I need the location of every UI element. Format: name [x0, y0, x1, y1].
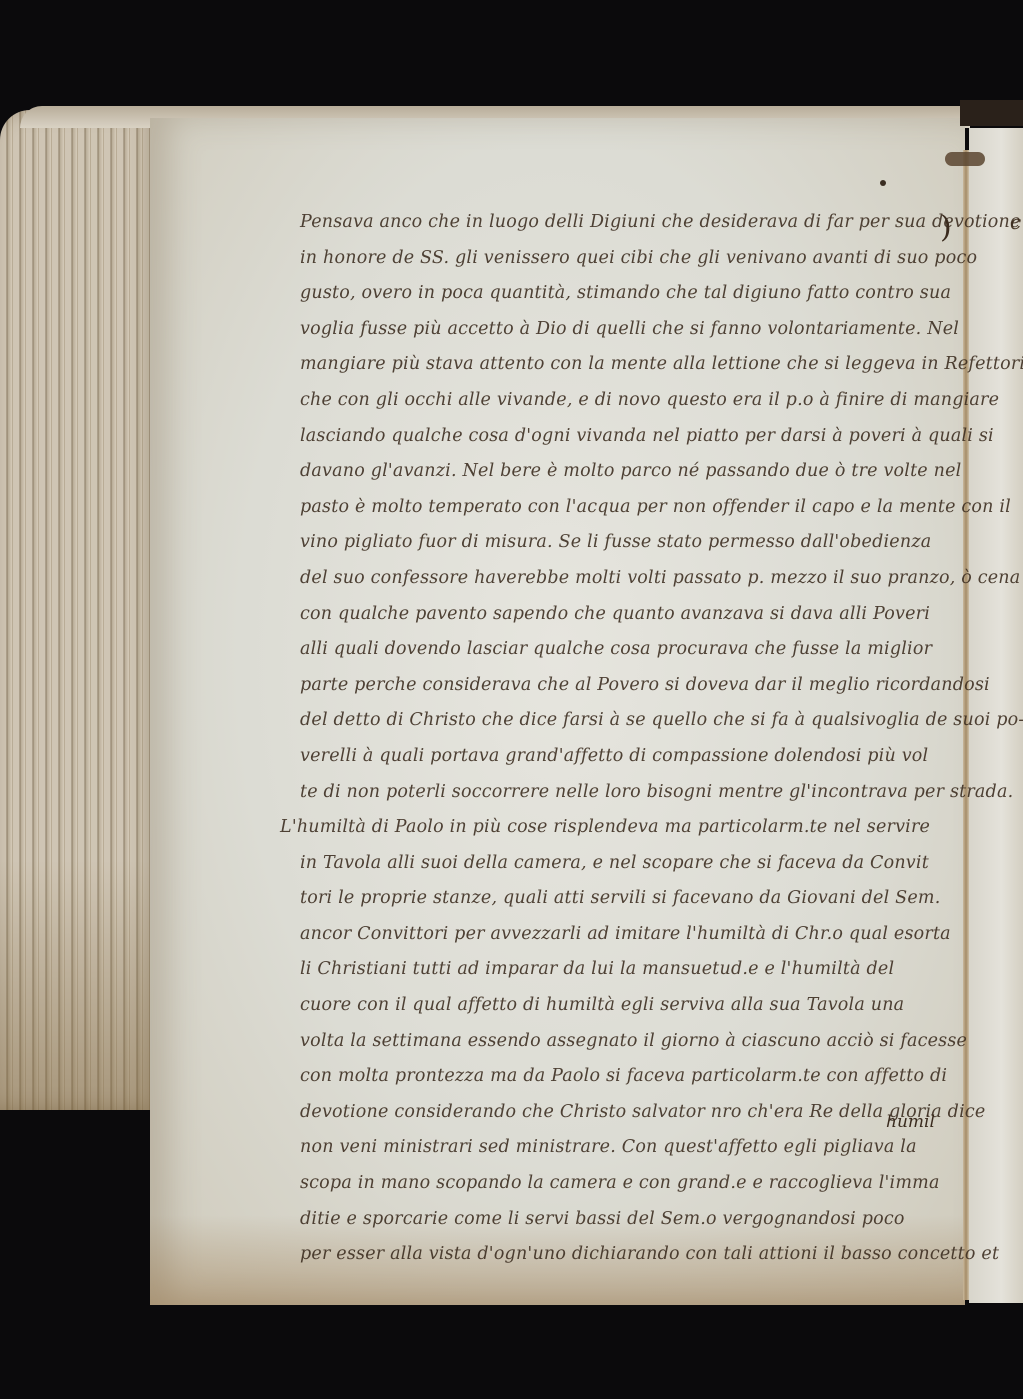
text-line: ditie e sporcarie come li servi bassi de…	[300, 1202, 960, 1238]
text-line: con qualche pavento sapendo che quanto a…	[300, 597, 960, 633]
ink-dot	[880, 180, 886, 186]
catchword: humil	[886, 1112, 935, 1132]
text-line: cuore con il qual affetto di humiltà egl…	[300, 988, 960, 1024]
ink-blot	[945, 152, 985, 166]
text-line: voglia fusse più accetto à Dio di quelli…	[300, 312, 960, 348]
text-line: del suo confessore haverebbe molti volti…	[300, 561, 960, 597]
manuscript-photo: c ) Pensava anco che in luogo delli Digi…	[0, 0, 1023, 1399]
text-line: li Christiani tutti ad imparar da lui la…	[300, 952, 960, 988]
text-line: devotione considerando che Christo salva…	[300, 1095, 960, 1131]
text-line: pasto è molto temperato con l'acqua per …	[300, 490, 960, 526]
text-line: in honore de SS. gli venissero quei cibi…	[300, 241, 960, 277]
text-line: volta la settimana essendo assegnato il …	[300, 1024, 960, 1060]
text-line: verelli à quali portava grand'affetto di…	[300, 739, 960, 775]
text-line: del detto di Christo che dice farsi à se…	[300, 703, 960, 739]
text-line: ancor Convittori per avvezzarli ad imita…	[300, 917, 960, 953]
text-line: davano gl'avanzi. Nel bere è molto parco…	[300, 454, 960, 490]
book-cover-corner	[960, 100, 1023, 126]
text-line: tori le proprie stanze, quali atti servi…	[300, 881, 960, 917]
text-line: lasciando qualche cosa d'ogni vivanda ne…	[300, 419, 960, 455]
text-line: L'humiltà di Paolo in più cose risplende…	[280, 810, 960, 846]
text-line: non veni ministrari sed ministrare. Con …	[300, 1130, 960, 1166]
text-line: per esser alla vista d'ogn'uno dichiaran…	[300, 1237, 960, 1273]
text-line: Pensava anco che in luogo delli Digiuni …	[300, 205, 960, 241]
text-line: che con gli occhi alle vivande, e di nov…	[300, 383, 960, 419]
text-line: in Tavola alli suoi della camera, e nel …	[300, 846, 960, 882]
text-line: scopa in mano scopando la camera e con g…	[300, 1166, 960, 1202]
handwritten-text: Pensava anco che in luogo delli Digiuni …	[300, 205, 960, 1273]
text-line: parte perche considerava che al Povero s…	[300, 668, 960, 704]
text-line: gusto, overo in poca quantità, stimando …	[300, 276, 960, 312]
text-line: mangiare più stava attento con la mente …	[300, 347, 960, 383]
text-line: te di non poterli soccorrere nelle loro …	[300, 775, 960, 811]
text-line: vino pigliato fuor di misura. Se li fuss…	[300, 525, 960, 561]
text-line: alli quali dovendo lasciar qualche cosa …	[300, 632, 960, 668]
stacked-page-edges	[0, 110, 160, 1110]
text-line: con molta prontezza ma da Paolo si facev…	[300, 1059, 960, 1095]
